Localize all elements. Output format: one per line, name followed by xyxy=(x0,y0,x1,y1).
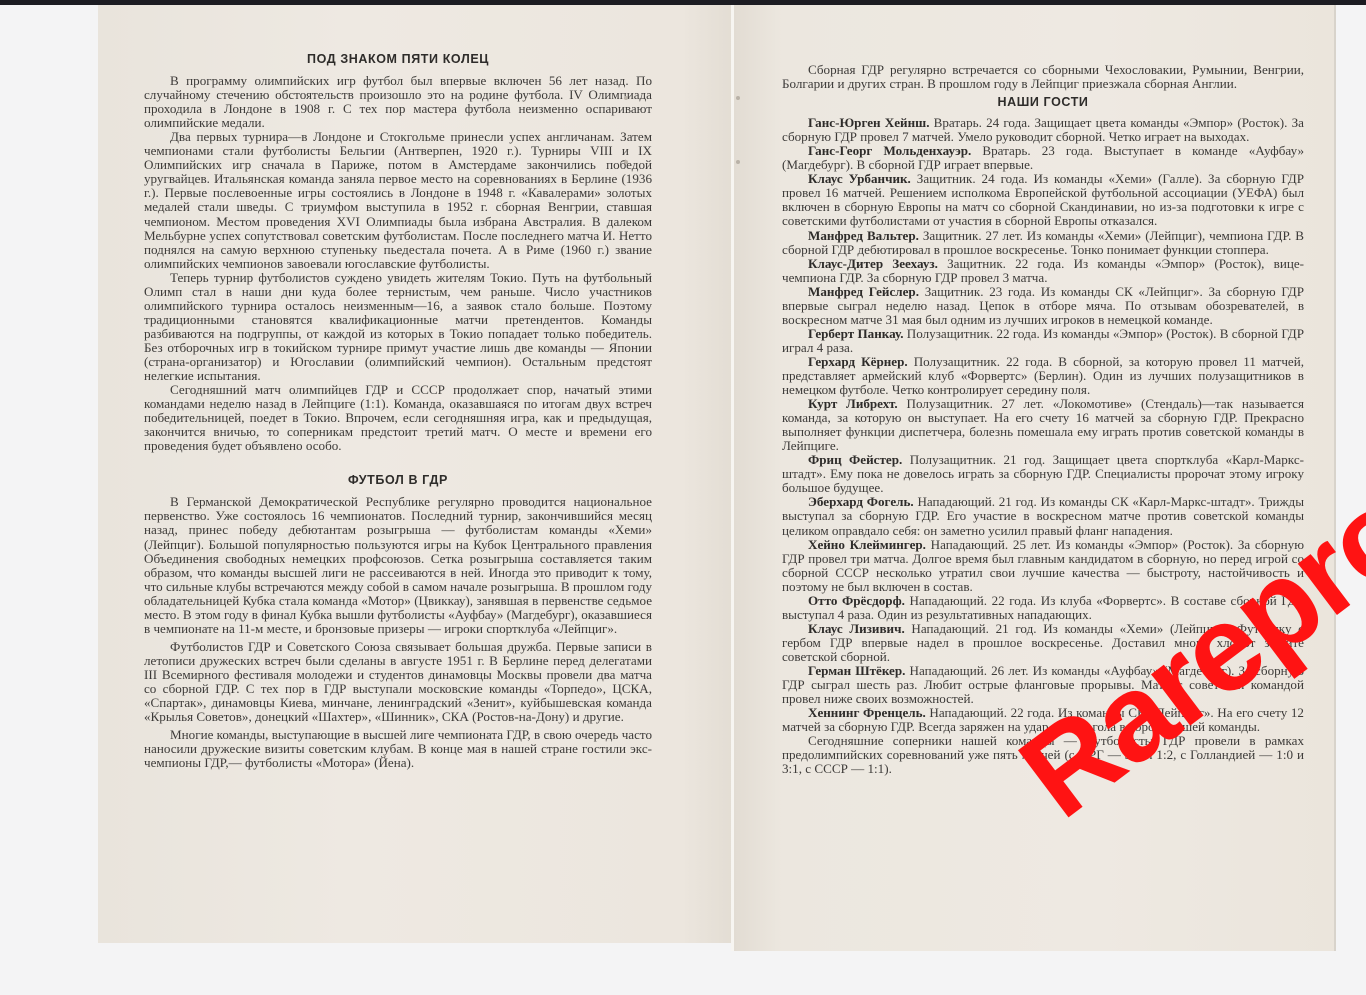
player-name: Курт Либрехт. xyxy=(808,396,898,411)
paragraph: Футболистов ГДР и Советского Союза связы… xyxy=(144,640,652,724)
player-name: Клаус-Дитер Зеехауз. xyxy=(808,256,938,271)
paragraph: Сегодняшний матч олимпийцев ГДР и СССР п… xyxy=(144,383,652,453)
player-name: Клаус Лизивич. xyxy=(808,621,905,636)
paragraph: Теперь турнир футболистов суждено увидет… xyxy=(144,271,652,383)
heading-our-guests: НАШИ ГОСТИ xyxy=(782,95,1304,109)
player-entry: Клаус Лизивич. Нападающий. 21 год. Из ко… xyxy=(782,622,1304,664)
player-entry: Фриц Фейстер. Полузащитник. 21 год. Защи… xyxy=(782,453,1304,495)
player-name: Ганс-Георг Мольденхауэр. xyxy=(808,143,971,158)
player-name: Ганс-Юрген Хейнш. xyxy=(808,115,929,130)
player-name: Хеннинг Френцель. xyxy=(808,705,926,720)
closing-paragraph: Сегодняшние соперники нашей команды — фу… xyxy=(782,734,1304,776)
punch-hole xyxy=(624,160,628,164)
player-name: Фриц Фейстер. xyxy=(808,452,902,467)
player-entry: Хейно Клеймингер. Нападающий. 25 лет. Из… xyxy=(782,538,1304,594)
player-entry: Хеннинг Френцель. Нападающий. 22 года. И… xyxy=(782,706,1304,734)
player-entry: Герхард Кёрнер. Полузащитник. 22 года. В… xyxy=(782,355,1304,397)
punch-hole xyxy=(736,96,740,100)
heading-five-rings: ПОД ЗНАКОМ ПЯТИ КОЛЕЦ xyxy=(144,52,652,66)
punch-hole xyxy=(736,160,740,164)
left-page-text: ПОД ЗНАКОМ ПЯТИ КОЛЕЦ В программу олимпи… xyxy=(144,52,652,770)
heading-football-gdr: ФУТБОЛ В ГДР xyxy=(144,473,652,487)
player-entry: Эберхард Фогель. Нападающий. 21 год. Из … xyxy=(782,495,1304,537)
player-entry: Клаус Урбанчик. Защитник. 24 года. Из ко… xyxy=(782,172,1304,228)
player-name: Герман Штёкер. xyxy=(808,663,905,678)
paragraph: Многие команды, выступающие в высшей лиг… xyxy=(144,728,652,770)
right-page-text: Сборная ГДР регулярно встречается со сбо… xyxy=(782,63,1304,776)
paragraph: В программу олимпийских игр футбол был в… xyxy=(144,74,652,130)
player-entry: Герберт Панкау. Полузащитник. 22 года. И… xyxy=(782,327,1304,355)
player-entry: Манфред Гейслер. Защитник. 23 года. Из к… xyxy=(782,285,1304,327)
player-name: Герберт Панкау. xyxy=(808,326,903,341)
player-name: Хейно Клеймингер. xyxy=(808,537,926,552)
player-entry: Ганс-Юрген Хейнш. Вратарь. 24 года. Защи… xyxy=(782,116,1304,144)
paragraph: Два первых турнира—в Лондоне и Стокгольм… xyxy=(144,130,652,270)
player-entry: Клаус-Дитер Зеехауз. Защитник. 22 года. … xyxy=(782,257,1304,285)
paragraph: В Германской Демократической Республике … xyxy=(144,495,652,635)
punch-hole xyxy=(624,96,628,100)
player-entry: Ганс-Георг Мольденхауэр. Вратарь. 23 год… xyxy=(782,144,1304,172)
player-name: Манфред Вальтер. xyxy=(808,228,919,243)
player-entry: Герман Штёкер. Нападающий. 26 лет. Из ко… xyxy=(782,664,1304,706)
player-list: Ганс-Юрген Хейнш. Вратарь. 24 года. Защи… xyxy=(782,116,1304,734)
player-name: Манфред Гейслер. xyxy=(808,284,919,299)
left-page: ПОД ЗНАКОМ ПЯТИ КОЛЕЦ В программу олимпи… xyxy=(98,5,732,943)
right-page: Сборная ГДР регулярно встречается со сбо… xyxy=(734,5,1336,951)
player-entry: Манфред Вальтер. Защитник. 27 лет. Из ко… xyxy=(782,229,1304,257)
player-name: Отто Фрёсдорф. xyxy=(808,593,905,608)
player-name: Герхард Кёрнер. xyxy=(808,354,908,369)
player-name: Эберхард Фогель. xyxy=(808,494,914,509)
player-entry: Курт Либрехт. Полузащитник. 27 лет. «Лок… xyxy=(782,397,1304,453)
player-name: Клаус Урбанчик. xyxy=(808,171,911,186)
player-entry: Отто Фрёсдорф. Нападающий. 22 года. Из к… xyxy=(782,594,1304,622)
intro-paragraph: Сборная ГДР регулярно встречается со сбо… xyxy=(782,63,1304,91)
